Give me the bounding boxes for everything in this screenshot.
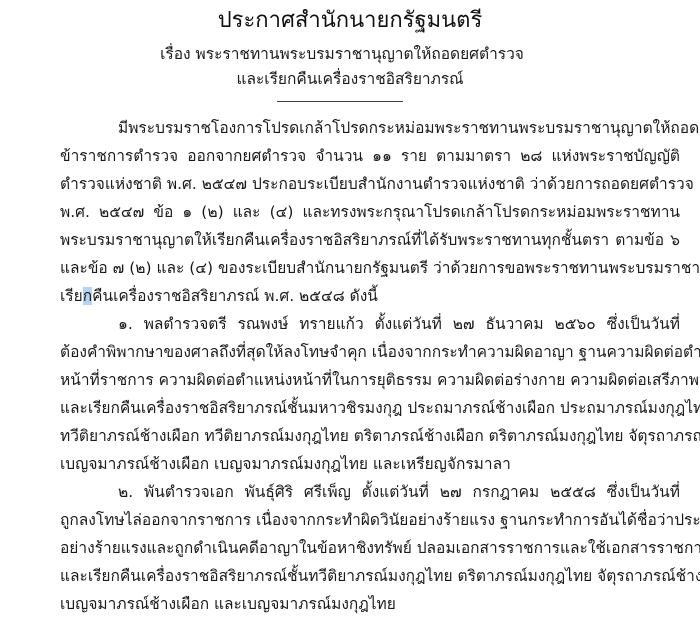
item-1-line[interactable]: ต้องคำพิพากษาของศาลถึงที่สุดให้ลงโทษจำคุ… [60, 340, 680, 364]
preamble-line[interactable]: และข้อ ๗ (๒) และ (๔) ของระเบียบสำนักนายก… [60, 256, 680, 280]
document-subject-line-1: เรื่อง พระราชทานพระบรมราชานุญาตให้ถอดยศต… [0, 42, 692, 66]
item-1-line[interactable]: และเรียกคืนเครื่องราชอิสริยาภรณ์ชั้นมหาว… [60, 396, 680, 420]
preamble-line[interactable]: พระบรมราชานุญาตให้เรียกคืนเครื่องราชอิสร… [60, 228, 680, 252]
item-1-line[interactable]: ๑. พลตำรวจตรี รณพงษ์ ทรายแก้ว ตั้งแต่วัน… [118, 312, 680, 336]
text-segment: คืนเครื่องราชอิสริยาภรณ์ พ.ศ. ๒๕๔๘ ดังนี… [92, 287, 378, 305]
preamble-line-last[interactable]: เรียกคืนเครื่องราชอิสริยาภรณ์ พ.ศ. ๒๕๔๘ … [60, 284, 378, 308]
item-1-line[interactable]: หน้าที่ราชการ ความผิดต่อตำแหน่งหน้าที่ใน… [60, 368, 680, 392]
text-segment: เรีย [60, 287, 83, 305]
item-2-line[interactable]: ถูกลงโทษไล่ออกจากราชการ เนื่องจากกระทำผิ… [60, 508, 680, 532]
preamble-line[interactable]: พ.ศ. ๒๕๔๗ ข้อ ๑ (๒) และ (๔) และทรงพระกรุ… [60, 200, 680, 224]
item-2-line[interactable]: อย่างร้ายแรงและถูกดำเนินคดีอาญาในข้อหาชิ… [60, 536, 680, 560]
preamble-line[interactable]: ตำรวจแห่งชาติ พ.ศ. ๒๕๔๗ ประกอบระเบียบสำน… [60, 172, 680, 196]
document-subject-line-2: และเรียกคืนเครื่องราชอิสริยาภรณ์ [0, 67, 700, 91]
preamble-line[interactable]: ข้าราชการตำรวจ ออกจากยศตำรวจ จำนวน ๑๑ รา… [60, 144, 680, 168]
item-2-line[interactable]: และเรียกคืนเครื่องราชอิสริยาภรณ์ชั้นทวีต… [60, 564, 680, 588]
text-cursor-selection[interactable]: ก [83, 287, 92, 305]
document-title: ประกาศสำนักนายกรัฐมนตรี [0, 6, 700, 36]
title-divider [277, 101, 403, 102]
item-2-line[interactable]: ๒. พันตำรวจเอก พันธุ์ศิริ ศรีเพ็ญ ตั้งแต… [118, 480, 680, 504]
item-2-line[interactable]: เบญจมาภรณ์ช้างเผือก และเบญจมาภรณ์มงกุฎไท… [60, 592, 396, 616]
item-1-line[interactable]: เบญจมาภรณ์ช้างเผือก เบญจมาภรณ์มงกุฎไทย แ… [60, 452, 511, 476]
announcement-page: ประกาศสำนักนายกรัฐมนตรี เรื่อง พระราชทาน… [0, 0, 700, 631]
item-1-line[interactable]: ทวีติยาภรณ์ช้างเผือก ทวีติยาภรณ์มงกุฎไทย… [60, 424, 680, 448]
preamble-line[interactable]: มีพระบรมราชโองการโปรดเกล้าโปรดกระหม่อมพร… [118, 116, 680, 140]
